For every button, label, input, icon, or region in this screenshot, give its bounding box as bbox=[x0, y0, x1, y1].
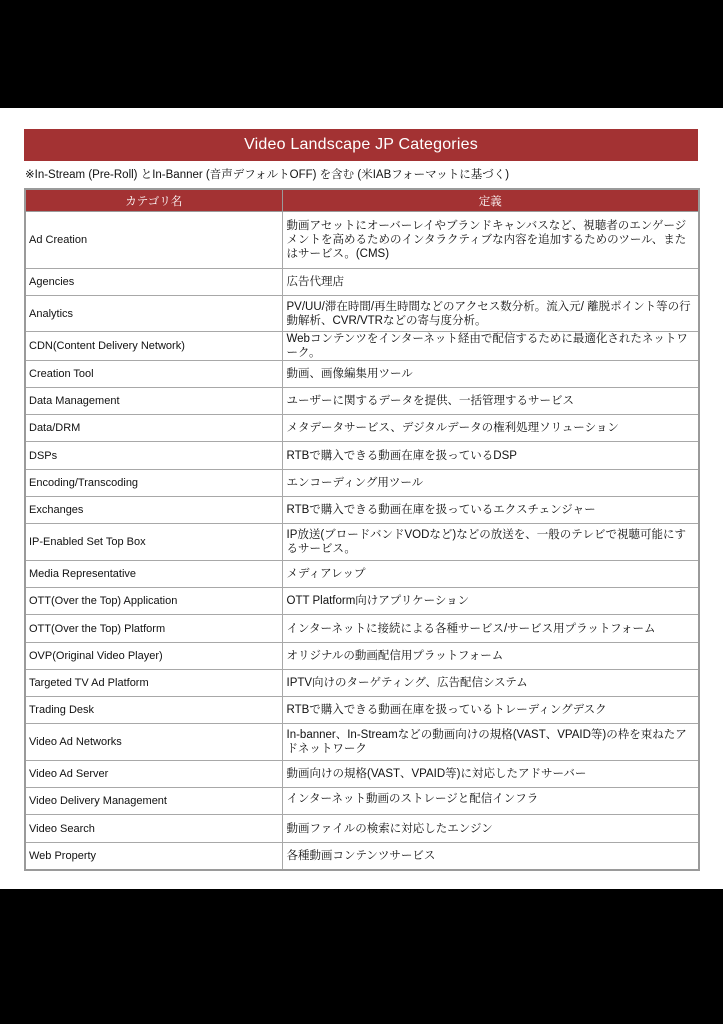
table-row: OVP(Original Video Player) オリジナルの動画配信用プラ… bbox=[25, 643, 699, 670]
category-cell: Data/DRM bbox=[25, 415, 282, 442]
definition-cell: エンコーディング用ツール bbox=[282, 470, 699, 497]
table-row: DSPs RTBで購入できる動画在庫を扱っているDSP bbox=[25, 442, 699, 470]
table-header-row: カテゴリ名 定義 bbox=[25, 189, 699, 212]
column-header-definition: 定義 bbox=[282, 189, 699, 212]
table-row: Video Ad Server 動画向けの規格(VAST、VPAID等)に対応し… bbox=[25, 761, 699, 788]
definition-cell: IP放送(ブロードバンドVODなど)などの放送を、一般のテレビで視聴可能にするサ… bbox=[282, 524, 699, 561]
category-cell: OVP(Original Video Player) bbox=[25, 643, 282, 670]
table-row: Analytics PV/UU/滞在時間/再生時間などのアクセス数分析。流入元/… bbox=[25, 296, 699, 332]
table-row: IP-Enabled Set Top Box IP放送(ブロードバンドVODなど… bbox=[25, 524, 699, 561]
category-cell: Exchanges bbox=[25, 497, 282, 524]
definition-cell: ユーザーに関するデータを提供、一括管理するサービス bbox=[282, 388, 699, 415]
definition-cell: インターネットに接続による各種サービス/サービス用プラットフォーム bbox=[282, 615, 699, 643]
definition-cell: インターネット動画のストレージと配信インフラ bbox=[282, 788, 699, 815]
table-row: Exchanges RTBで購入できる動画在庫を扱っているエクスチェンジャー bbox=[25, 497, 699, 524]
table-row: Data/DRM メタデータサービス、デジタルデータの権利処理ソリューション bbox=[25, 415, 699, 442]
top-black-band bbox=[0, 0, 723, 108]
category-cell: CDN(Content Delivery Network) bbox=[25, 332, 282, 361]
definition-cell: PV/UU/滞在時間/再生時間などのアクセス数分析。流入元/ 離脱ポイント等の行… bbox=[282, 296, 699, 332]
category-cell: IP-Enabled Set Top Box bbox=[25, 524, 282, 561]
definition-cell: OTT Platform向けアプリケーション bbox=[282, 588, 699, 615]
category-cell: Trading Desk bbox=[25, 697, 282, 724]
table-row: OTT(Over the Top) Application OTT Platfo… bbox=[25, 588, 699, 615]
category-cell: OTT(Over the Top) Application bbox=[25, 588, 282, 615]
category-cell: DSPs bbox=[25, 442, 282, 470]
categories-table: カテゴリ名 定義 Ad Creation 動画アセットにオーバーレイやブランドキ… bbox=[24, 188, 700, 871]
category-cell: Targeted TV Ad Platform bbox=[25, 670, 282, 697]
bottom-black-band bbox=[0, 889, 723, 1024]
category-cell: Creation Tool bbox=[25, 361, 282, 388]
category-cell: Analytics bbox=[25, 296, 282, 332]
category-cell: Encoding/Transcoding bbox=[25, 470, 282, 497]
table-row: OTT(Over the Top) Platform インターネットに接続による… bbox=[25, 615, 699, 643]
category-cell: OTT(Over the Top) Platform bbox=[25, 615, 282, 643]
table-row: Video Ad Networks In-banner、In-Streamなどの… bbox=[25, 724, 699, 761]
definition-cell: 動画、画像編集用ツール bbox=[282, 361, 699, 388]
table-row: Targeted TV Ad Platform IPTV向けのターゲティング、広… bbox=[25, 670, 699, 697]
table-row: Creation Tool 動画、画像編集用ツール bbox=[25, 361, 699, 388]
definition-cell: 広告代理店 bbox=[282, 269, 699, 296]
category-cell: Web Property bbox=[25, 843, 282, 870]
subtitle-note: ※In-Stream (Pre-Roll) とIn-Banner (音声デフォル… bbox=[25, 166, 509, 182]
table-row: Data Management ユーザーに関するデータを提供、一括管理するサービ… bbox=[25, 388, 699, 415]
definition-cell: 動画アセットにオーバーレイやブランドキャンバスなど、視聴者のエンゲージメントを高… bbox=[282, 212, 699, 269]
table-row: Media Representative メディアレップ bbox=[25, 561, 699, 588]
definition-cell: メタデータサービス、デジタルデータの権利処理ソリューション bbox=[282, 415, 699, 442]
category-cell: Ad Creation bbox=[25, 212, 282, 269]
definition-cell: RTBで購入できる動画在庫を扱っているDSP bbox=[282, 442, 699, 470]
table-row: Video Delivery Management インターネット動画のストレー… bbox=[25, 788, 699, 815]
table-row: Video Search 動画ファイルの検索に対応したエンジン bbox=[25, 815, 699, 843]
table-row: CDN(Content Delivery Network) Webコンテンツをイ… bbox=[25, 332, 699, 361]
column-header-category: カテゴリ名 bbox=[25, 189, 282, 212]
table-row: Web Property 各種動画コンテンツサービス bbox=[25, 843, 699, 870]
definition-cell: メディアレップ bbox=[282, 561, 699, 588]
definition-cell: IPTV向けのターゲティング、広告配信システム bbox=[282, 670, 699, 697]
category-cell: Video Ad Networks bbox=[25, 724, 282, 761]
category-cell: Video Search bbox=[25, 815, 282, 843]
definition-cell: 動画ファイルの検索に対応したエンジン bbox=[282, 815, 699, 843]
definition-cell: オリジナルの動画配信用プラットフォーム bbox=[282, 643, 699, 670]
table-row: Agencies 広告代理店 bbox=[25, 269, 699, 296]
page-title: Video Landscape JP Categories bbox=[24, 129, 698, 161]
definition-cell: In-banner、In-Streamなどの動画向けの規格(VAST、VPAID… bbox=[282, 724, 699, 761]
category-cell: Video Ad Server bbox=[25, 761, 282, 788]
category-cell: Media Representative bbox=[25, 561, 282, 588]
category-cell: Agencies bbox=[25, 269, 282, 296]
category-cell: Video Delivery Management bbox=[25, 788, 282, 815]
definition-cell: RTBで購入できる動画在庫を扱っているエクスチェンジャー bbox=[282, 497, 699, 524]
table-row: Trading Desk RTBで購入できる動画在庫を扱っているトレーディングデ… bbox=[25, 697, 699, 724]
category-cell: Data Management bbox=[25, 388, 282, 415]
definition-cell: RTBで購入できる動画在庫を扱っているトレーディングデスク bbox=[282, 697, 699, 724]
table-row: Ad Creation 動画アセットにオーバーレイやブランドキャンバスなど、視聴… bbox=[25, 212, 699, 269]
definition-cell: 動画向けの規格(VAST、VPAID等)に対応したアドサーバー bbox=[282, 761, 699, 788]
definition-cell: 各種動画コンテンツサービス bbox=[282, 843, 699, 870]
definition-cell: Webコンテンツをインターネット経由で配信するために最適化されたネットワーク。 bbox=[282, 332, 699, 361]
table-row: Encoding/Transcoding エンコーディング用ツール bbox=[25, 470, 699, 497]
